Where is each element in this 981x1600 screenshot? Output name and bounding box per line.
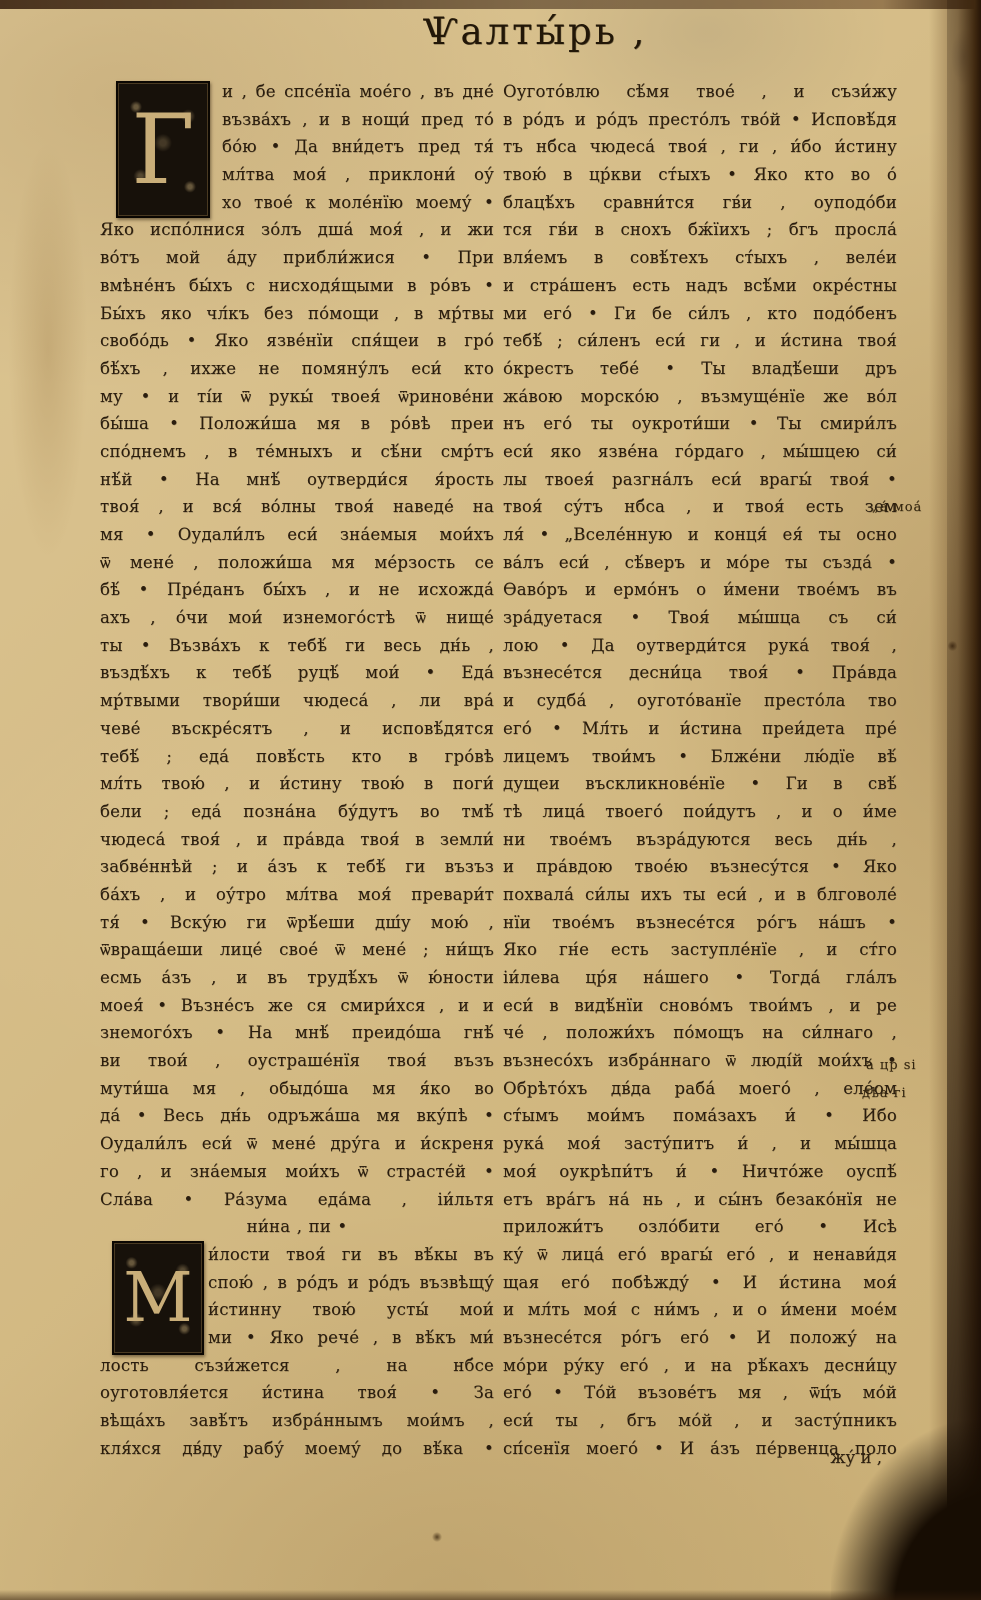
text-line: го , и зна́емыя мои́хъ ѿ страсте́й • (100, 1158, 494, 1186)
text-line: ст́ымъ мои́мъ пома́захъ и́ • Ибо (503, 1102, 897, 1130)
text-line: рука́ моя́ засту́питъ и́ , и мы́шца (503, 1130, 897, 1158)
text-line: еси́ в видѣ́нїи сново́мъ твои́мъ , и ре (503, 992, 897, 1020)
text-line: дущеи въскликнове́нїе • Ги в свѣ́ (503, 770, 897, 798)
text-line: твоя́ , и вся́ во́лны твоя́ наведе́ на (100, 493, 494, 521)
text-line: тъ нб́са чюдеса́ твоя́ , ги , и́бо и́сти… (503, 133, 897, 161)
text-line: бѣ́хъ , ихже не помяну́лъ еси́ кто (100, 355, 494, 383)
text-line: забве́ннѣй ; и а́зъ к тебѣ́ ги възъз (100, 853, 494, 881)
initial-letter: М (123, 1259, 193, 1338)
text-line: ми его́ • Ги бе си́лъ , кто подо́бенъ (503, 300, 897, 328)
text-line: тебѣ́ ; си́ленъ еси́ ги , и и́стина твоя… (503, 327, 897, 355)
text-line: ни́на , пи • (100, 1213, 494, 1241)
text-line: кля́хся дв́ду рабу́ моему́ до вѣ́ка • (100, 1435, 494, 1463)
ornamental-initial-block: Г (116, 81, 210, 218)
text-line: жа́вою морско́ю , възмуще́нїе же во́л (503, 383, 897, 411)
text-line: и мл́ть моя́ с ни́мъ , и о и́мени мое́м (503, 1296, 897, 1324)
text-line: свобо́дь • Яко язве́нїи спя́щеи в гро́ (100, 327, 494, 355)
text-line: Сла́ва • Ра́зума еда́ма , іи́льтя (100, 1186, 494, 1214)
text-line: етъ вра́гъ на́ нь , и сы́нъ безако́нїя н… (503, 1186, 897, 1214)
text-line: да́ • Весь дн́ь одръжа́ша мя вку́пѣ • (100, 1102, 494, 1130)
text-line: ты • Възва́хъ к тебѣ́ ги весь дн́ь , (100, 632, 494, 660)
binding-edge-shadow (947, 0, 981, 1600)
text-line: ля́ • „Вселе́нную и конця́ ея́ ты осно (503, 521, 897, 549)
text-line: лы твоея́ разгна́лъ еси́ врагы́ твоя́ • (503, 466, 897, 494)
text-line: Оугото́влю сѣ́мя твое́ , и съзи́жу (503, 78, 897, 106)
text-line: мр́твыми твори́ши чюдеса́ , ли вра́ (100, 687, 494, 715)
text-line: че́ , положи́хъ по́мощъ на си́лнаго , (503, 1019, 897, 1047)
text-line: оуготовля́ется и́стина твоя́ • За (100, 1379, 494, 1407)
text-line: ѿвраща́еши лице́ свое́ ѿ мене́ ; ни́щъ (100, 936, 494, 964)
text-line: тѣ лица́ твоего́ пои́дутъ , и о и́ме (503, 798, 897, 826)
text-line: вля́емъ в совѣ́техъ ст́ыхъ , веле́и (503, 244, 897, 272)
text-line: Ѳаво́ръ и ермо́нъ о и́мени твое́мъ въ (503, 576, 897, 604)
text-line: еси́ яко язве́на го́рдаго , мы́шцею си́ (503, 438, 897, 466)
book-page-scan: Ѱалты́рь , Г М и , бе спсе́нїа мое́го , … (0, 0, 981, 1600)
text-line: в ро́дъ и ро́дъ престо́лъ тво́й • Исповѣ… (503, 106, 897, 134)
text-line: ва́лъ еси́ , сѣ́веръ и мо́ре ты създа́ • (503, 549, 897, 577)
text-line: ку́ ѿ лица́ его́ врагы́ его́ , и ненави́… (503, 1241, 897, 1269)
text-line: мл́ть твою́ , и и́стину твою́ в поги́ (100, 770, 494, 798)
text-line: его́ • То́й възове́тъ мя , ѿц́ъ мо́й (503, 1379, 897, 1407)
text-line: и стра́шенъ есть надъ всѣ́ми окре́стны (503, 272, 897, 300)
text-line: блацѣ́хъ сравни́тся гв́и , оуподо́би (503, 189, 897, 217)
text-line: іи́лева цр́я на́шего • Тогда́ гла́лъ (503, 964, 897, 992)
text-line: мути́ша мя , обыдо́ша мя я́ко во (100, 1075, 494, 1103)
text-line: ви твои́ , оустраше́нїя твоя́ възъ (100, 1047, 494, 1075)
text-line: възнесе́тся ро́гъ его́ • И положу́ на (503, 1324, 897, 1352)
text-line: знемого́хъ • На мнѣ́ преидо́ша гнѣ́ (100, 1019, 494, 1047)
page-top-edge (0, 0, 981, 9)
text-line: и судба́ , оугото́ванїе престо́ла тво (503, 687, 897, 715)
text-line: тебѣ́ ; еда́ повѣ́сть кто в гро́вѣ (100, 743, 494, 771)
text-line: его́ • Мл́ть и и́стина преи́дета пре́ (503, 715, 897, 743)
text-line: во́тъ мой а́ду прибли́жися • При (100, 244, 494, 272)
text-line: възнесе́тся десни́ца твоя́ • Пра́вда (503, 659, 897, 687)
text-line: вмѣне́нъ бы́хъ с нисходя́щыми в ро́въ • (100, 272, 494, 300)
text-line: моя́ оукрѣпи́тъ и́ • Ничто́же оуспѣ́ (503, 1158, 897, 1186)
text-line: щая его́ побѣжду́ • И и́стина моя́ (503, 1269, 897, 1297)
page-title: Ѱалты́рь , (340, 10, 730, 68)
text-line: бѣ́ • Пре́данъ бы́хъ , и не исхожда́ (100, 576, 494, 604)
text-line: спо́днемъ , в те́мныхъ и сѣ́ни смр́тъ (100, 438, 494, 466)
text-line: ни твое́мъ възра́дуются весь дн́ь , (503, 826, 897, 854)
text-line: приложи́тъ озло́бити его́ • Исѣ (503, 1213, 897, 1241)
text-line: ѿ мене́ , положи́ша мя ме́рзость се (100, 549, 494, 577)
text-line: Яко гн́е есть заступле́нїе , и ст́го (503, 936, 897, 964)
text-line: бели ; еда́ позна́на бу́дутъ во тмѣ́ (100, 798, 494, 826)
text-line: Яко испо́лнися зо́лъ дша́ моя́ , и жи (100, 216, 494, 244)
text-line: ахъ , о́чи мои́ изнемого́стѣ ѿ нище́ (100, 604, 494, 632)
text-line: нїи твое́мъ възнесе́тся ро́гъ на́шъ • (503, 909, 897, 937)
dark-corner (831, 1420, 981, 1600)
text-line: ба́хъ , и оу́тро мл́тва моя́ превари́т (100, 881, 494, 909)
text-line: лость съзи́жется , на нб́се (100, 1352, 494, 1380)
right-text-column: Оугото́влю сѣ́мя твое́ , и съзи́жув ро́д… (503, 78, 897, 1462)
ornamental-initial-block: М (112, 1241, 204, 1355)
text-line: нѣ́й • На мнѣ́ оутверди́ся я́рость (100, 466, 494, 494)
text-line: моея́ • Възне́съ же ся смири́хся , и и (100, 992, 494, 1020)
paper-stain (8, 140, 88, 560)
text-line: твою́ в цр́кви ст́ыхъ • Яко кто во о́ (503, 161, 897, 189)
text-line: похвала́ си́лы ихъ ты еси́ , и в блговол… (503, 881, 897, 909)
text-line: бы́ша • Положи́ша мя в ро́вѣ преи (100, 410, 494, 438)
text-line: о́крестъ тебе́ • Ты владѣ́еши дръ (503, 355, 897, 383)
text-line: мо́ри ру́ку его́ , и на рѣ́кахъ десни́цу (503, 1352, 897, 1380)
ink-speck (432, 1532, 442, 1542)
initial-letter: Г (131, 94, 195, 206)
text-line: мя • Оудали́лъ еси́ зна́емыя мои́хъ (100, 521, 494, 549)
text-line: и пра́вдою твое́ю възнесу́тся • Яко (503, 853, 897, 881)
text-line: твоя́ су́тъ нб́са , и твоя́ есть зем (503, 493, 897, 521)
text-line: Оудали́лъ еси́ ѿ мене́ дру́га и и́скреня (100, 1130, 494, 1158)
text-line: лицемъ твои́мъ • Блже́ни лю́дїе вѣ́ (503, 743, 897, 771)
text-line: есмь а́зъ , и въ трудѣ́хъ ѿ ю́ности (100, 964, 494, 992)
text-line: въздѣ́хъ к тебѣ́ руцѣ́ мои́ • Еда́ (100, 659, 494, 687)
text-line: зра́дуетася • Твоя́ мы́шца съ си́ (503, 604, 897, 632)
text-line: чюдеса́ твоя́ , и пра́вда твоя́ в земли́ (100, 826, 494, 854)
left-text-column: Г М и , бе спсе́нїа мое́го , въ дне́възв… (100, 78, 494, 1462)
text-line: възнесо́хъ избра́ннаго ѿ люді́й мои́хъ • (503, 1047, 897, 1075)
text-line: му • и ті́и ѿ рукы́ твоея́ ѿринове́ни (100, 383, 494, 411)
page-bottom-edge (0, 1590, 981, 1600)
text-line: лою • Да оутверди́тся рука́ твоя́ , (503, 632, 897, 660)
text-line: вѣща́хъ завѣ́тъ избра́ннымъ мои́мъ , (100, 1407, 494, 1435)
text-line: чеве́ въскре́сятъ , и исповѣ́дятся (100, 715, 494, 743)
text-line: Бы́хъ яко чл́къ без по́мощи , в мр́твы (100, 300, 494, 328)
text-line: тся гв́и в снохъ бж́їихъ ; бгъ просла́ (503, 216, 897, 244)
text-line: тя́ • Вску́ю ги ѿрѣ́еши дш́у мою́ , (100, 909, 494, 937)
text-line: Обрѣто́хъ дв́да раба́ моего́ , еле́ом (503, 1075, 897, 1103)
text-line: нъ его́ ты оукроти́ши • Ты смири́лъ (503, 410, 897, 438)
